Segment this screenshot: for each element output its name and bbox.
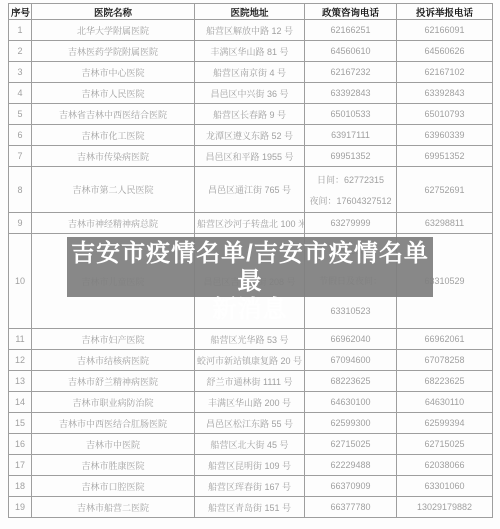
cell-no: 12 xyxy=(9,350,32,371)
cell-policy-phone: 66377780 xyxy=(305,497,397,518)
cell-policy-phone: 64630100 xyxy=(305,392,397,413)
col-header-hospital-name: 医院名称 xyxy=(32,4,195,20)
cell-hospital-name: 吉林医药学院附属医院 xyxy=(32,41,195,62)
cell-policy-phone: 63392843 xyxy=(305,83,397,104)
cell-complaint-phone: 62166091 xyxy=(397,20,493,41)
cell-address: 昌邑区中兴街 36 号 xyxy=(195,83,305,104)
cell-address: 船营区北大街 45 号 xyxy=(195,434,305,455)
cell-policy-phone: 68223625 xyxy=(305,371,397,392)
cell-hospital-name: 吉林市中西医结合肛肠医院 xyxy=(32,413,195,434)
table-row: 14吉林市职业病防治院丰满区华山路 200 号6463010064630110 xyxy=(9,392,493,413)
cell-address: 丰满区华山路 200 号 xyxy=(195,392,305,413)
cell-hospital-name: 吉林市中医院 xyxy=(32,434,195,455)
cell-complaint-phone: 69951352 xyxy=(397,146,493,167)
cell-no: 16 xyxy=(9,434,32,455)
cell-address: 船营区光华路 53 号 xyxy=(195,329,305,350)
cell-no: 4 xyxy=(9,83,32,104)
cell-no: 3 xyxy=(9,62,32,83)
cell-hospital-name: 吉林市妇产医院 xyxy=(32,329,195,350)
cell-address: 昌邑区通江街 765 号 xyxy=(195,167,305,213)
cell-complaint-phone: 64630110 xyxy=(397,392,493,413)
page: 序号 医院名称 医院地址 政策咨询电话 投诉举报电话 1北华大学附属医院船营区解… xyxy=(0,0,500,529)
cell-address: 丰满区华山路 81 号 xyxy=(195,41,305,62)
cell-no: 14 xyxy=(9,392,32,413)
cell-hospital-name: 吉林市传染病医院 xyxy=(32,146,195,167)
cell-policy-phone: 66370909 xyxy=(305,476,397,497)
cell-hospital-name: 吉林市人民医院 xyxy=(32,83,195,104)
cell-no: 10 xyxy=(9,234,32,329)
col-header-address: 医院地址 xyxy=(195,4,305,20)
cell-no: 13 xyxy=(9,371,32,392)
cell-no: 11 xyxy=(9,329,32,350)
table-row: 15吉林市中西医结合肛肠医院昌邑区松江东路 55 号62599300625993… xyxy=(9,413,493,434)
cell-hospital-name: 吉林市职业病防治院 xyxy=(32,392,195,413)
cell-no: 18 xyxy=(9,476,32,497)
cell-policy-phone: 62715025 xyxy=(305,434,397,455)
cell-no: 2 xyxy=(9,41,32,62)
cell-address: 舒兰市通林街 1111 号 xyxy=(195,371,305,392)
cell-hospital-name: 吉林市舒兰精神病医院 xyxy=(32,371,195,392)
cell-complaint-phone: 62715025 xyxy=(397,434,493,455)
cell-complaint-phone: 65010793 xyxy=(397,104,493,125)
col-header-policy-phone: 政策咨询电话 xyxy=(305,4,397,20)
cell-address: 船营区解放中路 12 号 xyxy=(195,20,305,41)
table-row: 1北华大学附属医院船营区解放中路 12 号6216625162166091 xyxy=(9,20,493,41)
cell-complaint-phone: 62038066 xyxy=(397,455,493,476)
table-row: 11吉林市妇产医院船营区光华路 53 号6696204066962061 xyxy=(9,329,493,350)
cell-complaint-phone: 68223625 xyxy=(397,371,493,392)
cell-hospital-name: 吉林市船营二医院 xyxy=(32,497,195,518)
cell-address: 蛟河市新站镇康复路 20 号 xyxy=(195,350,305,371)
cell-complaint-phone: 63392843 xyxy=(397,83,493,104)
cell-no: 8 xyxy=(9,167,32,213)
table-row: 4吉林市人民医院昌邑区中兴街 36 号6339284363392843 xyxy=(9,83,493,104)
cell-complaint-phone: 62167102 xyxy=(397,62,493,83)
cell-policy-phone: 66962040 xyxy=(305,329,397,350)
table-row: 5吉林省吉林中西医结合医院船营区长春路 9 号6501053365010793 xyxy=(9,104,493,125)
table-row: 9吉林市神经精神病总院船营区沙河子转盘北 100 米63279999632988… xyxy=(9,213,493,234)
cell-no: 6 xyxy=(9,125,32,146)
cell-policy-phone: 62599300 xyxy=(305,413,397,434)
watermark-line2: 新消息 xyxy=(67,296,433,324)
table-header-row: 序号 医院名称 医院地址 政策咨询电话 投诉举报电话 xyxy=(9,4,493,20)
cell-no: 1 xyxy=(9,20,32,41)
cell-hospital-name: 吉林市神经精神病总院 xyxy=(32,213,195,234)
cell-complaint-phone: 13029179882 xyxy=(397,497,493,518)
cell-policy-phone: 62167232 xyxy=(305,62,397,83)
cell-complaint-phone: 64560626 xyxy=(397,41,493,62)
cell-address: 龙潭区遵义东路 52 号 xyxy=(195,125,305,146)
cell-address: 船营区长春路 9 号 xyxy=(195,104,305,125)
cell-no: 9 xyxy=(9,213,32,234)
col-header-no: 序号 xyxy=(9,4,32,20)
cell-complaint-phone: 62752691 xyxy=(397,167,493,213)
table-row: 18吉林市口腔医院船营区珲春街 167 号6637090963301060 xyxy=(9,476,493,497)
cell-policy-phone: 64560610 xyxy=(305,41,397,62)
cell-no: 17 xyxy=(9,455,32,476)
cell-hospital-name: 吉林市结核病医院 xyxy=(32,350,195,371)
table-row: 6吉林市化工医院龙潭区遵义东路 52 号6391711163960339 xyxy=(9,125,493,146)
table-row: 19吉林市船营二医院船营区青岛街 151 号663777801302917988… xyxy=(9,497,493,518)
cell-hospital-name: 吉林市胜康医院 xyxy=(32,455,195,476)
cell-complaint-phone: 66962061 xyxy=(397,329,493,350)
cell-policy-phone: 69951352 xyxy=(305,146,397,167)
cell-policy-phone: 62229488 xyxy=(305,455,397,476)
cell-policy-phone: 63279999 xyxy=(305,213,397,234)
cell-address: 船营区南京街 4 号 xyxy=(195,62,305,83)
cell-complaint-phone: 62599394 xyxy=(397,413,493,434)
cell-no: 19 xyxy=(9,497,32,518)
cell-policy-phone: 67094600 xyxy=(305,350,397,371)
table-row: 13吉林市舒兰精神病医院舒兰市通林街 1111 号682236256822362… xyxy=(9,371,493,392)
cell-policy-phone: 62166251 xyxy=(305,20,397,41)
cell-no: 7 xyxy=(9,146,32,167)
cell-complaint-phone: 63960339 xyxy=(397,125,493,146)
cell-complaint-phone: 63301060 xyxy=(397,476,493,497)
watermark-overlay: 吉安市疫情名单/吉安市疫情名单最 新消息 xyxy=(67,237,433,297)
table-row: 12吉林市结核病医院蛟河市新站镇康复路 20 号6709460067078258 xyxy=(9,350,493,371)
cell-hospital-name: 北华大学附属医院 xyxy=(32,20,195,41)
cell-address: 船营区珲春街 167 号 xyxy=(195,476,305,497)
cell-no: 5 xyxy=(9,104,32,125)
col-header-complaint-phone: 投诉举报电话 xyxy=(397,4,493,20)
table-row: 16吉林市中医院船营区北大街 45 号6271502562715025 xyxy=(9,434,493,455)
table-row: 8吉林市第二人民医院昌邑区通江街 765 号日间：62772315夜间：1760… xyxy=(9,167,493,213)
watermark-line1: 吉安市疫情名单/吉安市疫情名单最 xyxy=(67,240,433,296)
cell-complaint-phone: 67078258 xyxy=(397,350,493,371)
cell-address: 船营区沙河子转盘北 100 米 xyxy=(195,213,305,234)
cell-complaint-phone: 63298811 xyxy=(397,213,493,234)
cell-address: 船营区青岛街 151 号 xyxy=(195,497,305,518)
cell-address: 昌邑区和平路 1955 号 xyxy=(195,146,305,167)
cell-address: 昌邑区松江东路 55 号 xyxy=(195,413,305,434)
table-row: 17吉林市胜康医院船营区昆明街 109 号6222948862038066 xyxy=(9,455,493,476)
table-row: 2吉林医药学院附属医院丰满区华山路 81 号6456061064560626 xyxy=(9,41,493,62)
cell-hospital-name: 吉林市第二人民医院 xyxy=(32,167,195,213)
table-row: 7吉林市传染病医院昌邑区和平路 1955 号6995135269951352 xyxy=(9,146,493,167)
cell-no: 15 xyxy=(9,413,32,434)
cell-address: 船营区昆明街 109 号 xyxy=(195,455,305,476)
cell-hospital-name: 吉林市化工医院 xyxy=(32,125,195,146)
cell-hospital-name: 吉林市中心医院 xyxy=(32,62,195,83)
cell-hospital-name: 吉林省吉林中西医结合医院 xyxy=(32,104,195,125)
cell-policy-phone: 65010533 xyxy=(305,104,397,125)
cell-policy-phone: 日间：62772315夜间：17604327512 xyxy=(305,167,397,213)
cell-policy-phone: 63917111 xyxy=(305,125,397,146)
table-row: 3吉林市中心医院船营区南京街 4 号6216723262167102 xyxy=(9,62,493,83)
cell-hospital-name: 吉林市口腔医院 xyxy=(32,476,195,497)
